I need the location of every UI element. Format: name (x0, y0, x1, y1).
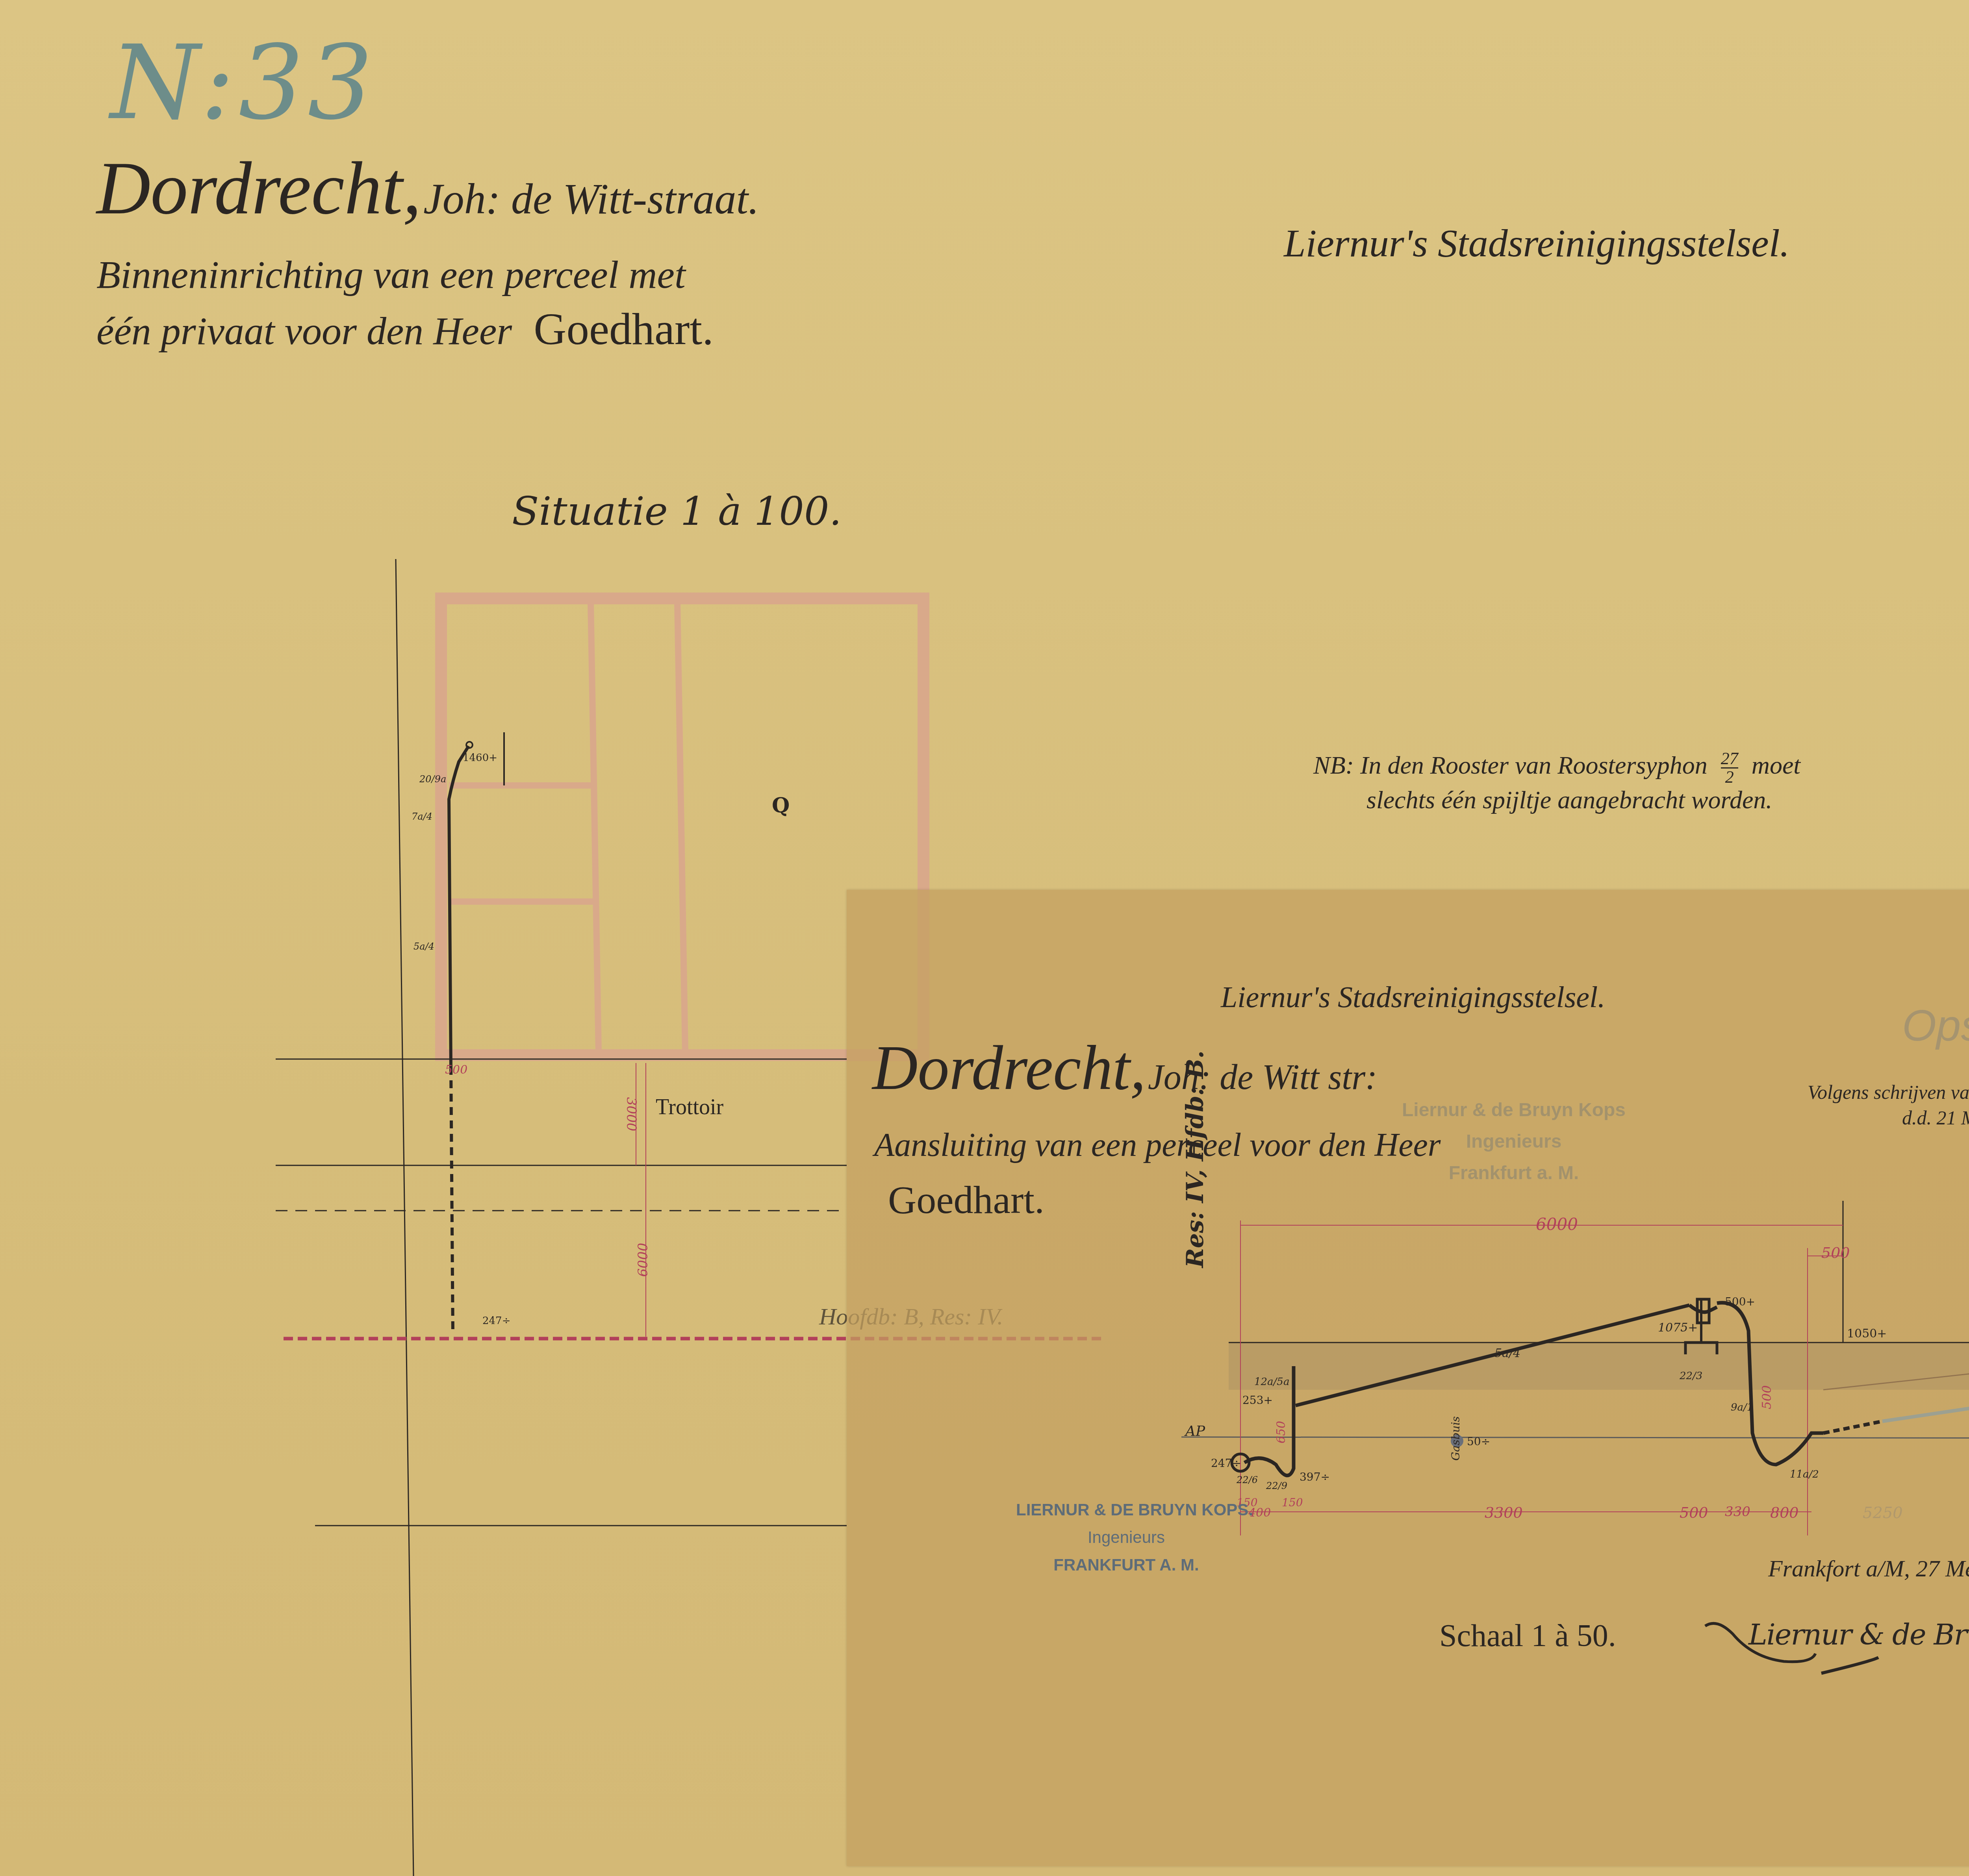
signature-flourishes (0, 0, 1969, 1876)
